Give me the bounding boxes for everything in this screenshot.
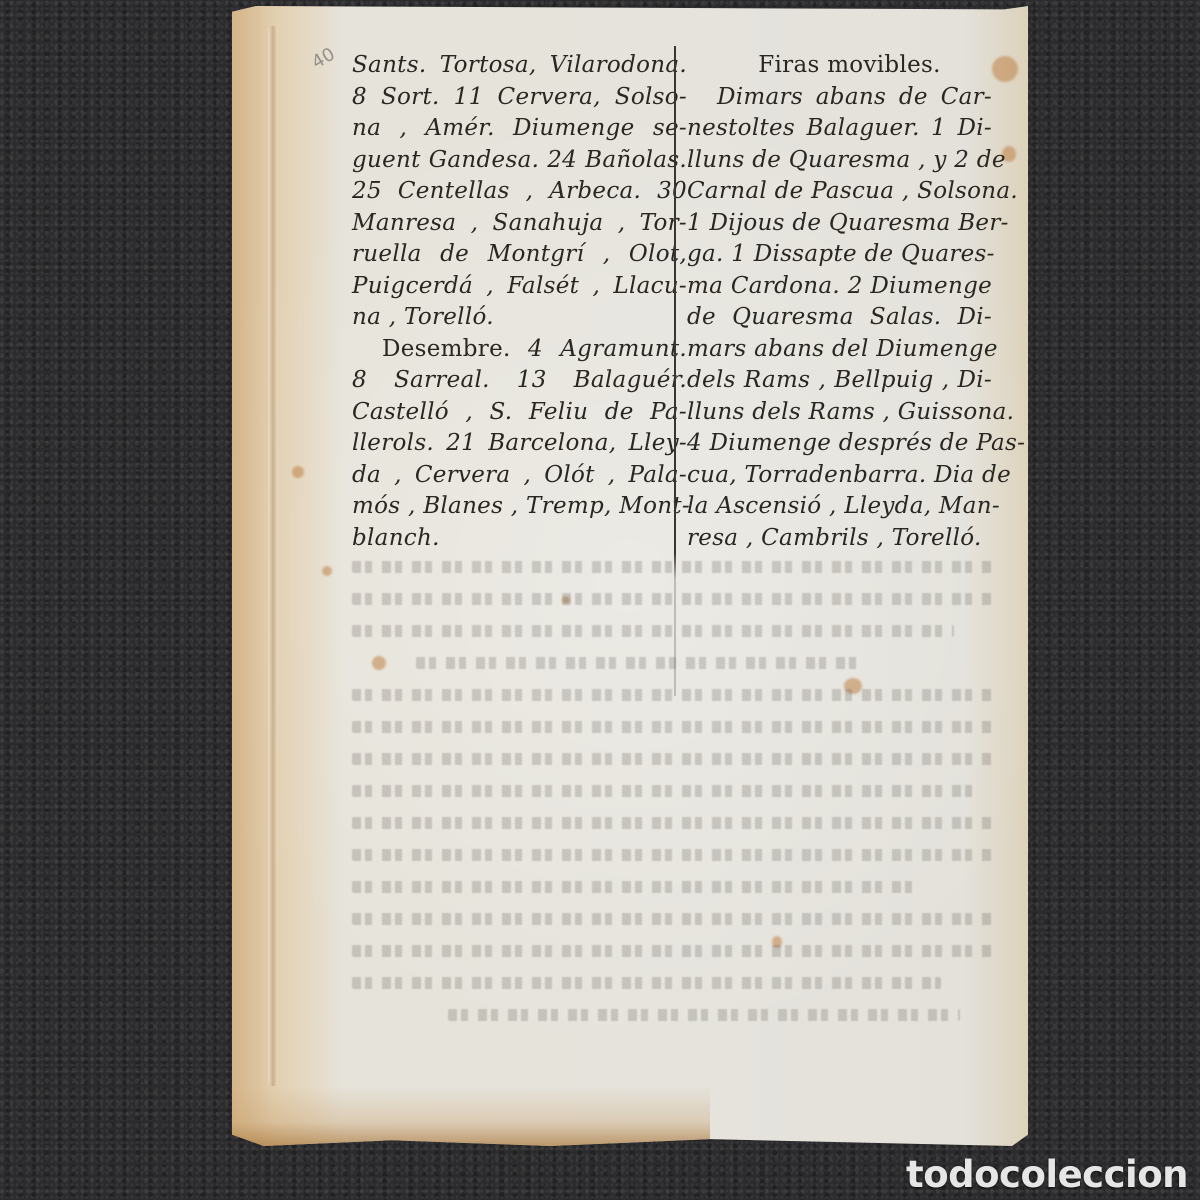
text-line: ma Cardona. 2 Diumenge <box>687 271 992 303</box>
month-entry-desembre: Desembre. 4 Agramunt. <box>352 334 687 366</box>
document-page: 40 ​ Sants. Tortosa, Vilarodona. 8 Sort.… <box>232 6 1028 1146</box>
right-text-column: Firas movibles. Dimars abans de Car- nes… <box>687 50 992 554</box>
photo-background: 40 ​ Sants. Tortosa, Vilarodona. 8 Sort.… <box>0 0 1200 1200</box>
text-line: dels Rams , Bellpuig , Di- <box>687 365 992 397</box>
text-line: lluns de Quaresma , y 2 de <box>687 145 992 177</box>
foxing-spot <box>292 466 304 478</box>
text-line: llerols. 21 Barcelona, Lley- <box>352 428 687 460</box>
edge-stain <box>232 6 342 1146</box>
foxing-spot <box>992 56 1018 82</box>
text-line: lluns dels Rams , Guissona. <box>687 397 992 429</box>
text-line: la Ascensió , Lleyda, Man- <box>687 491 992 523</box>
text-line: de Quaresma Salas. Di- <box>687 302 992 334</box>
bottom-edge-stain <box>232 1086 710 1146</box>
text-line: Dimars abans de Car- <box>687 82 992 114</box>
text-line: cua, Torradenbarra. Dia de <box>687 460 992 492</box>
reverse-side-show-through <box>352 561 992 1031</box>
text-line: 4 Diumenge després de Pas- <box>687 428 992 460</box>
text-line: 1 Dijous de Quaresma Ber- <box>687 208 992 240</box>
text-line: guent Gandesa. 24 Bañolas. <box>352 145 687 177</box>
text-line: 8 Sarreal. 13 Balaguér. <box>352 365 687 397</box>
text-line: Manresa , Sanahuja , Tor- <box>352 208 687 240</box>
text-line: 8 Sort. 11 Cervera, Solso- <box>352 82 687 114</box>
text-line: resa , Cambrils , Torelló. <box>687 523 992 555</box>
text-line: Sants. Tortosa, Vilarodona. <box>352 50 687 82</box>
text-line: ruella de Montgrí , Olot, <box>352 239 687 271</box>
text-line: mós , Blanes , Tremp, Mont- <box>352 491 687 523</box>
left-text-column: Sants. Tortosa, Vilarodona. 8 Sort. 11 C… <box>352 50 687 554</box>
text-fragment: 4 Agramunt. <box>528 336 687 362</box>
foxing-spot <box>322 566 332 576</box>
text-line: blanch. <box>352 523 687 555</box>
month-heading: Desembre. <box>382 336 511 362</box>
text-line: 25 Centellas , Arbeca. 30 <box>352 176 687 208</box>
text-line: nestoltes Balaguer. 1 Di- <box>687 113 992 145</box>
text-line: mars abans del Diumenge <box>687 334 992 366</box>
text-line: Puigcerdá , Falsét , Llacu- <box>352 271 687 303</box>
section-heading: Firas movibles. <box>687 50 992 82</box>
text-line: Carnal de Pascua , Solsona. <box>687 176 992 208</box>
text-line: na , Torelló. <box>352 302 687 334</box>
text-line: da , Cervera , Olót , Pala- <box>352 460 687 492</box>
text-line: ga. 1 Dissapte de Quares- <box>687 239 992 271</box>
page-fold <box>268 26 278 1086</box>
text-line: na , Amér. Diumenge se- <box>352 113 687 145</box>
watermark-logo: todocoleccion <box>906 1153 1188 1196</box>
text-line: Castelló , S. Feliu de Pa- <box>352 397 687 429</box>
